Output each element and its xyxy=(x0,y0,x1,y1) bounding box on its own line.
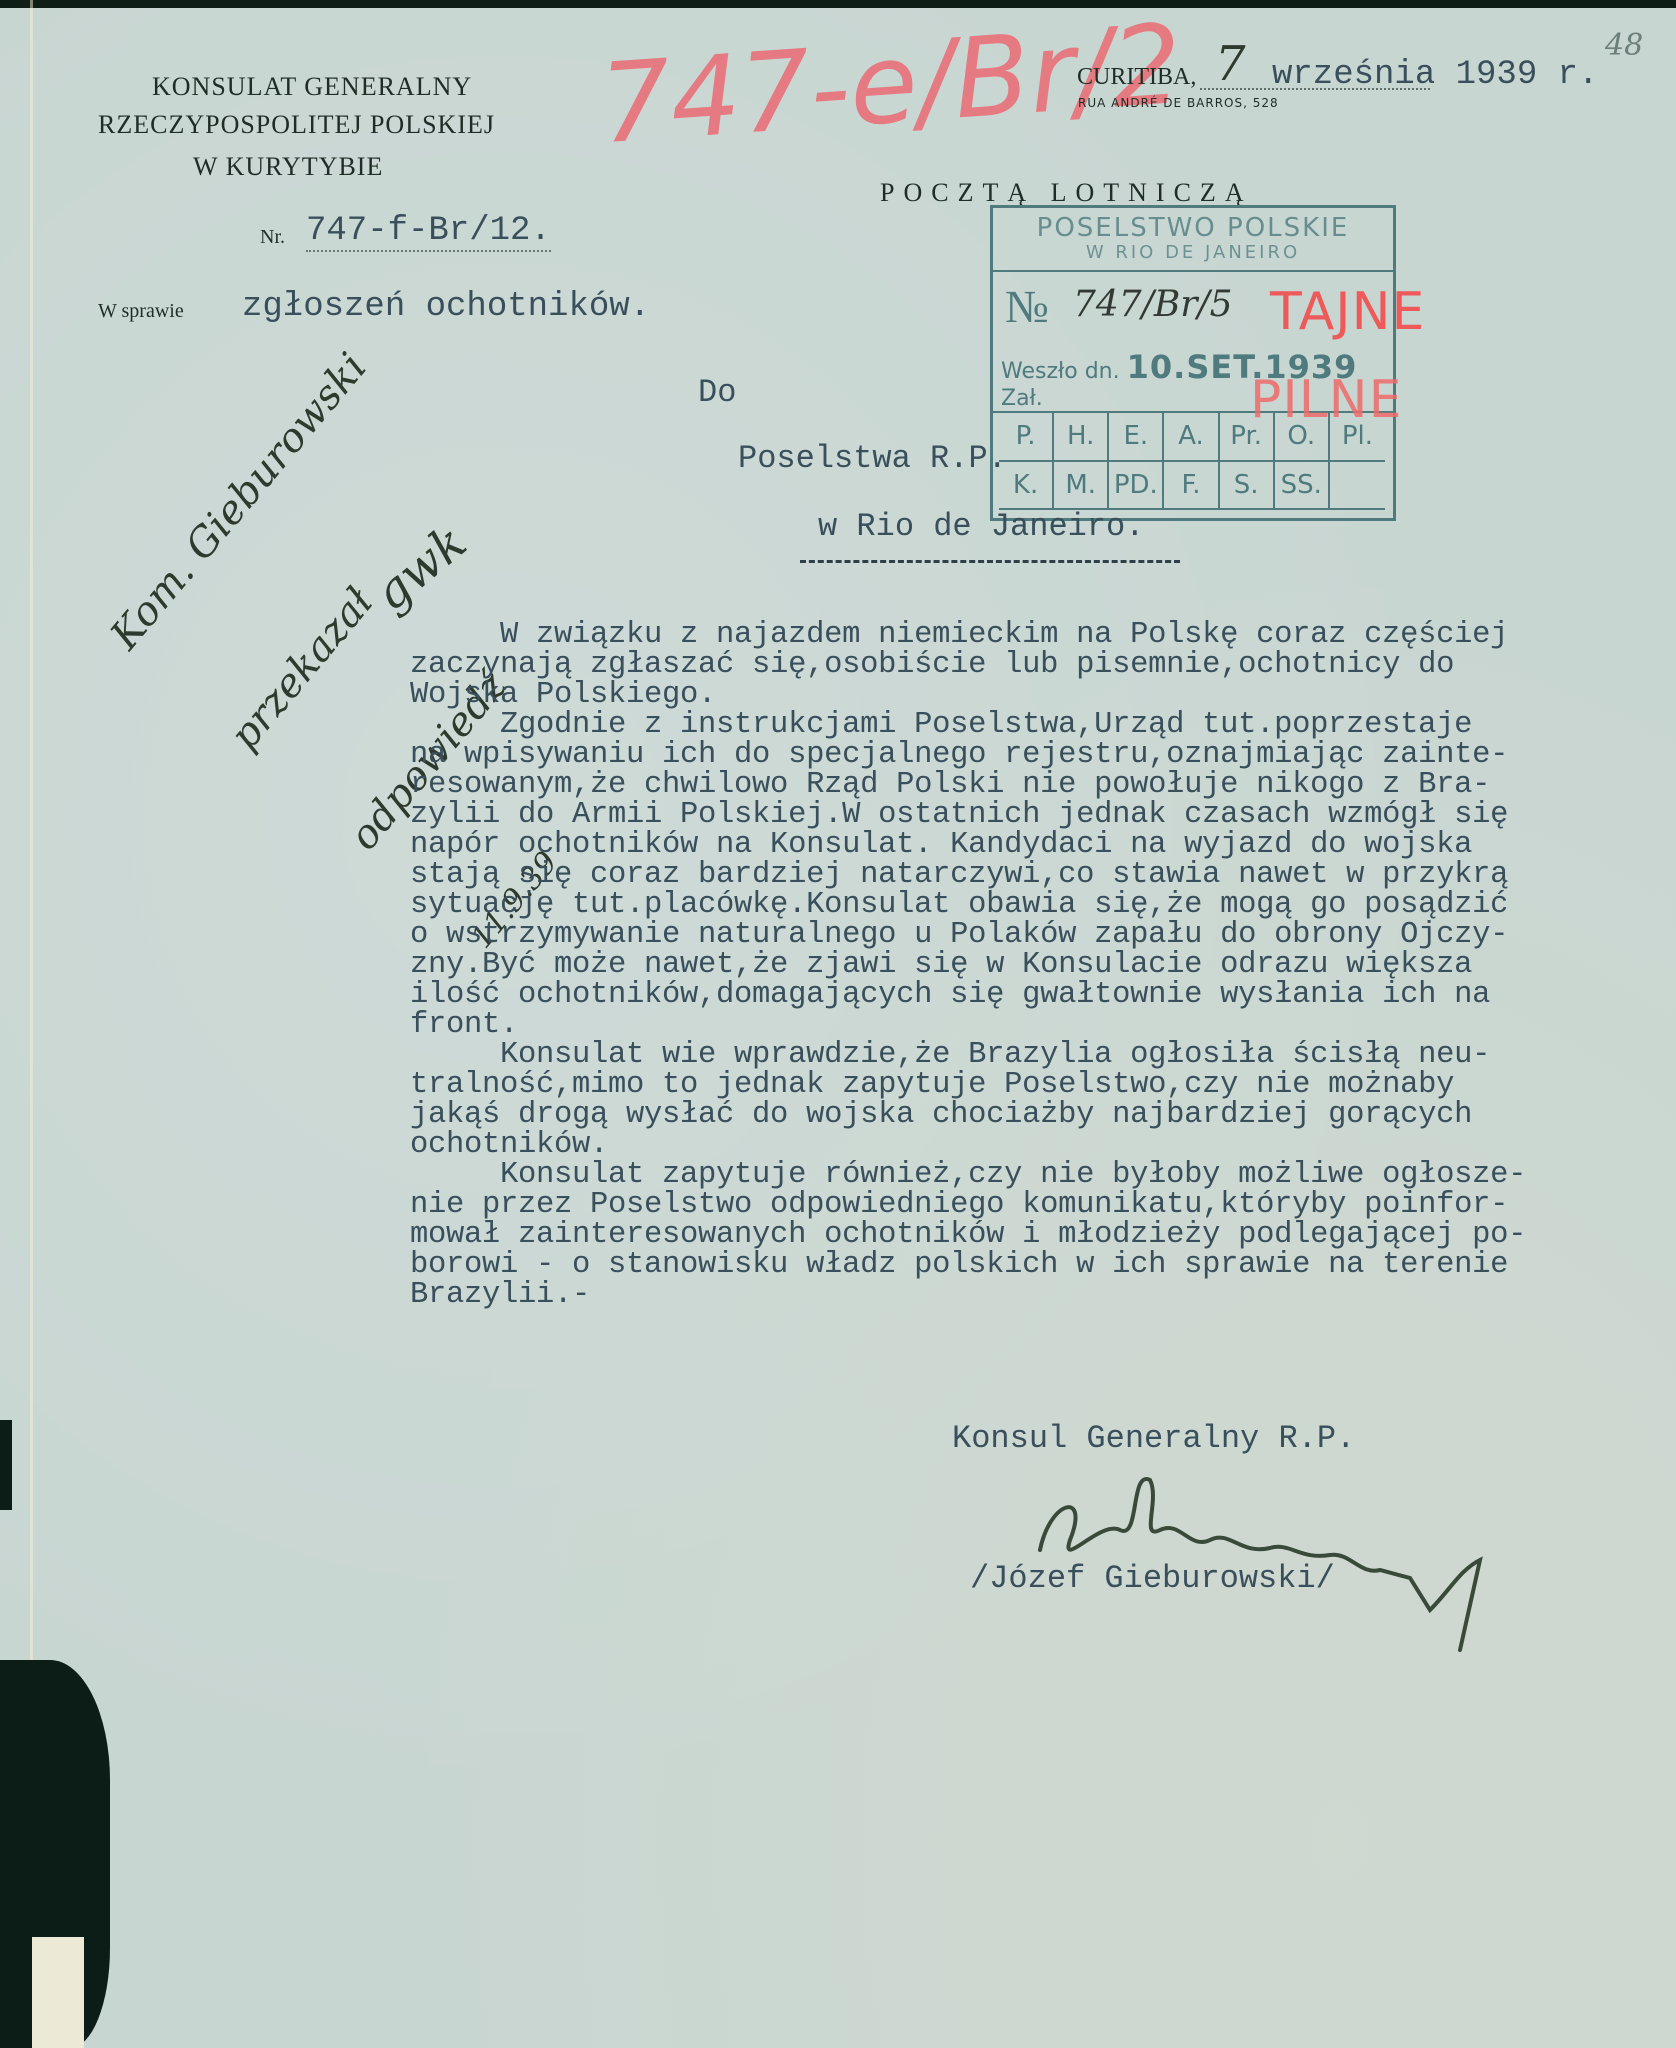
body-line: borowi - o stanowisku władz polskich w i… xyxy=(410,1250,1508,1280)
scan-edge-artifact xyxy=(0,1420,12,1510)
body-line: Konsulat zapytuje również,czy nie byłoby… xyxy=(410,1160,1526,1190)
stamp-cell xyxy=(1330,462,1385,511)
body-line: zny.Być może nawet,że zjawi się w Konsul… xyxy=(410,950,1472,980)
stamp-cell: F. xyxy=(1164,462,1219,511)
body-line: na wpisywaniu ich do specjalnego rejestr… xyxy=(410,740,1508,770)
body-line: sytuację tut.placówkę.Konsulat obawia si… xyxy=(410,890,1508,920)
reference-number: 747-f-Br/12. xyxy=(306,212,551,252)
stamp-subtitle: W RIO DE JANEIRO xyxy=(993,242,1393,263)
body-line: resowanym,że chwilowo Rząd Polski nie po… xyxy=(410,770,1490,800)
stamp-title: POSELSTWO POLSKIE xyxy=(993,216,1393,240)
recipient-to: Do xyxy=(698,374,736,411)
stamp-cell: A. xyxy=(1164,413,1219,462)
body-line: Zgodnie z instrukcjami Poselstwa,Urząd t… xyxy=(410,710,1472,740)
body-line: front. xyxy=(410,1010,518,1040)
body-line: tralność,mimo to jednak zapytuje Poselst… xyxy=(410,1070,1454,1100)
letterhead-line-2: RZECZYPOSPOLITEJ POLSKIEJ xyxy=(98,110,495,140)
paper-tape-strip xyxy=(32,1937,84,2048)
signatory-title: Konsul Generalny R.P. xyxy=(952,1420,1355,1457)
stamp-entered-label: Weszło dn. xyxy=(1001,359,1120,384)
airmail-label: POCZTĄ LOTNICZĄ xyxy=(880,178,1253,208)
body-line: nie przez Poselstwo odpowiedniego komuni… xyxy=(410,1190,1508,1220)
recipient-location: w Rio de Janeiro. xyxy=(818,508,1144,545)
subject-label: W sprawie xyxy=(98,300,184,323)
stamp-cell: P. xyxy=(999,413,1054,462)
body-line: zaczynają zgłaszać się,osobiście lub pis… xyxy=(410,650,1454,680)
stamp-cell: H. xyxy=(1054,413,1109,462)
stamp-cell: K. xyxy=(999,462,1054,511)
body-line: napór ochotników na Konsulat. Kandydaci … xyxy=(410,830,1472,860)
letterhead-line-1: KONSULAT GENERALNY xyxy=(152,72,472,102)
secret-stamp: TAJNE xyxy=(1270,282,1425,342)
stamp-cell: M. xyxy=(1054,462,1109,511)
consulate-address: RUA ANDRÉ DE BARROS, 528 xyxy=(1078,96,1279,110)
stamp-cell: PD. xyxy=(1109,462,1164,511)
urgent-stamp: PILNE xyxy=(1250,370,1402,430)
stamp-divider xyxy=(993,270,1393,272)
body-line: Wojska Polskiego. xyxy=(410,680,716,710)
recipient-name: Poselstwa R.P. xyxy=(738,440,1007,477)
stamp-entered-suffix: Zał. xyxy=(1001,386,1043,411)
body-line: W związku z najazdem niemieckim na Polsk… xyxy=(410,620,1508,650)
document-page: KONSULAT GENERALNY RZECZYPOSPOLITEJ POLS… xyxy=(0,0,1676,2048)
handwritten-day: 7 xyxy=(1215,36,1246,92)
body-line: ochotników. xyxy=(410,1130,608,1160)
stamp-cell: SS. xyxy=(1275,462,1330,511)
body-line: zylii do Armii Polskiej.W ostatnich jedn… xyxy=(410,800,1508,830)
stamp-number-value: 747/Br/5 xyxy=(1073,284,1233,325)
signatory-name: /Józef Gieburowski/ xyxy=(970,1560,1335,1597)
city-label: CURITIBA, xyxy=(1077,64,1196,91)
body-line: jakąś drogą wysłać do wojska chociażby n… xyxy=(410,1100,1472,1130)
page-number: 48 xyxy=(1605,28,1643,63)
recipient-underline xyxy=(800,560,1180,563)
registry-stamp: POSELSTWO POLSKIE W RIO DE JANEIRO № 747… xyxy=(990,205,1396,521)
stamp-cell: S. xyxy=(1220,462,1275,511)
month-year: września 1939 r. xyxy=(1272,56,1598,94)
stamp-number-label: № xyxy=(1005,280,1049,333)
stamp-cell: E. xyxy=(1109,413,1164,462)
body-line: o wstrzymywanie naturalnego u Polaków za… xyxy=(410,920,1508,950)
body-line: Brazylii.- xyxy=(410,1280,590,1310)
body-line: Konsulat wie wprawdzie,że Brazylia ogłos… xyxy=(410,1040,1490,1070)
body-line: stają się coraz bardziej natarczywi,co s… xyxy=(410,860,1508,890)
body-line: mował zainteresowanych ochotników i młod… xyxy=(410,1220,1526,1250)
letterhead-line-3: W KURYTYBIE xyxy=(193,152,383,182)
reference-number-label: Nr. xyxy=(260,226,285,249)
body-line: ilość ochotników,domagających się gwałto… xyxy=(410,980,1490,1010)
scan-top-border xyxy=(0,0,1676,8)
